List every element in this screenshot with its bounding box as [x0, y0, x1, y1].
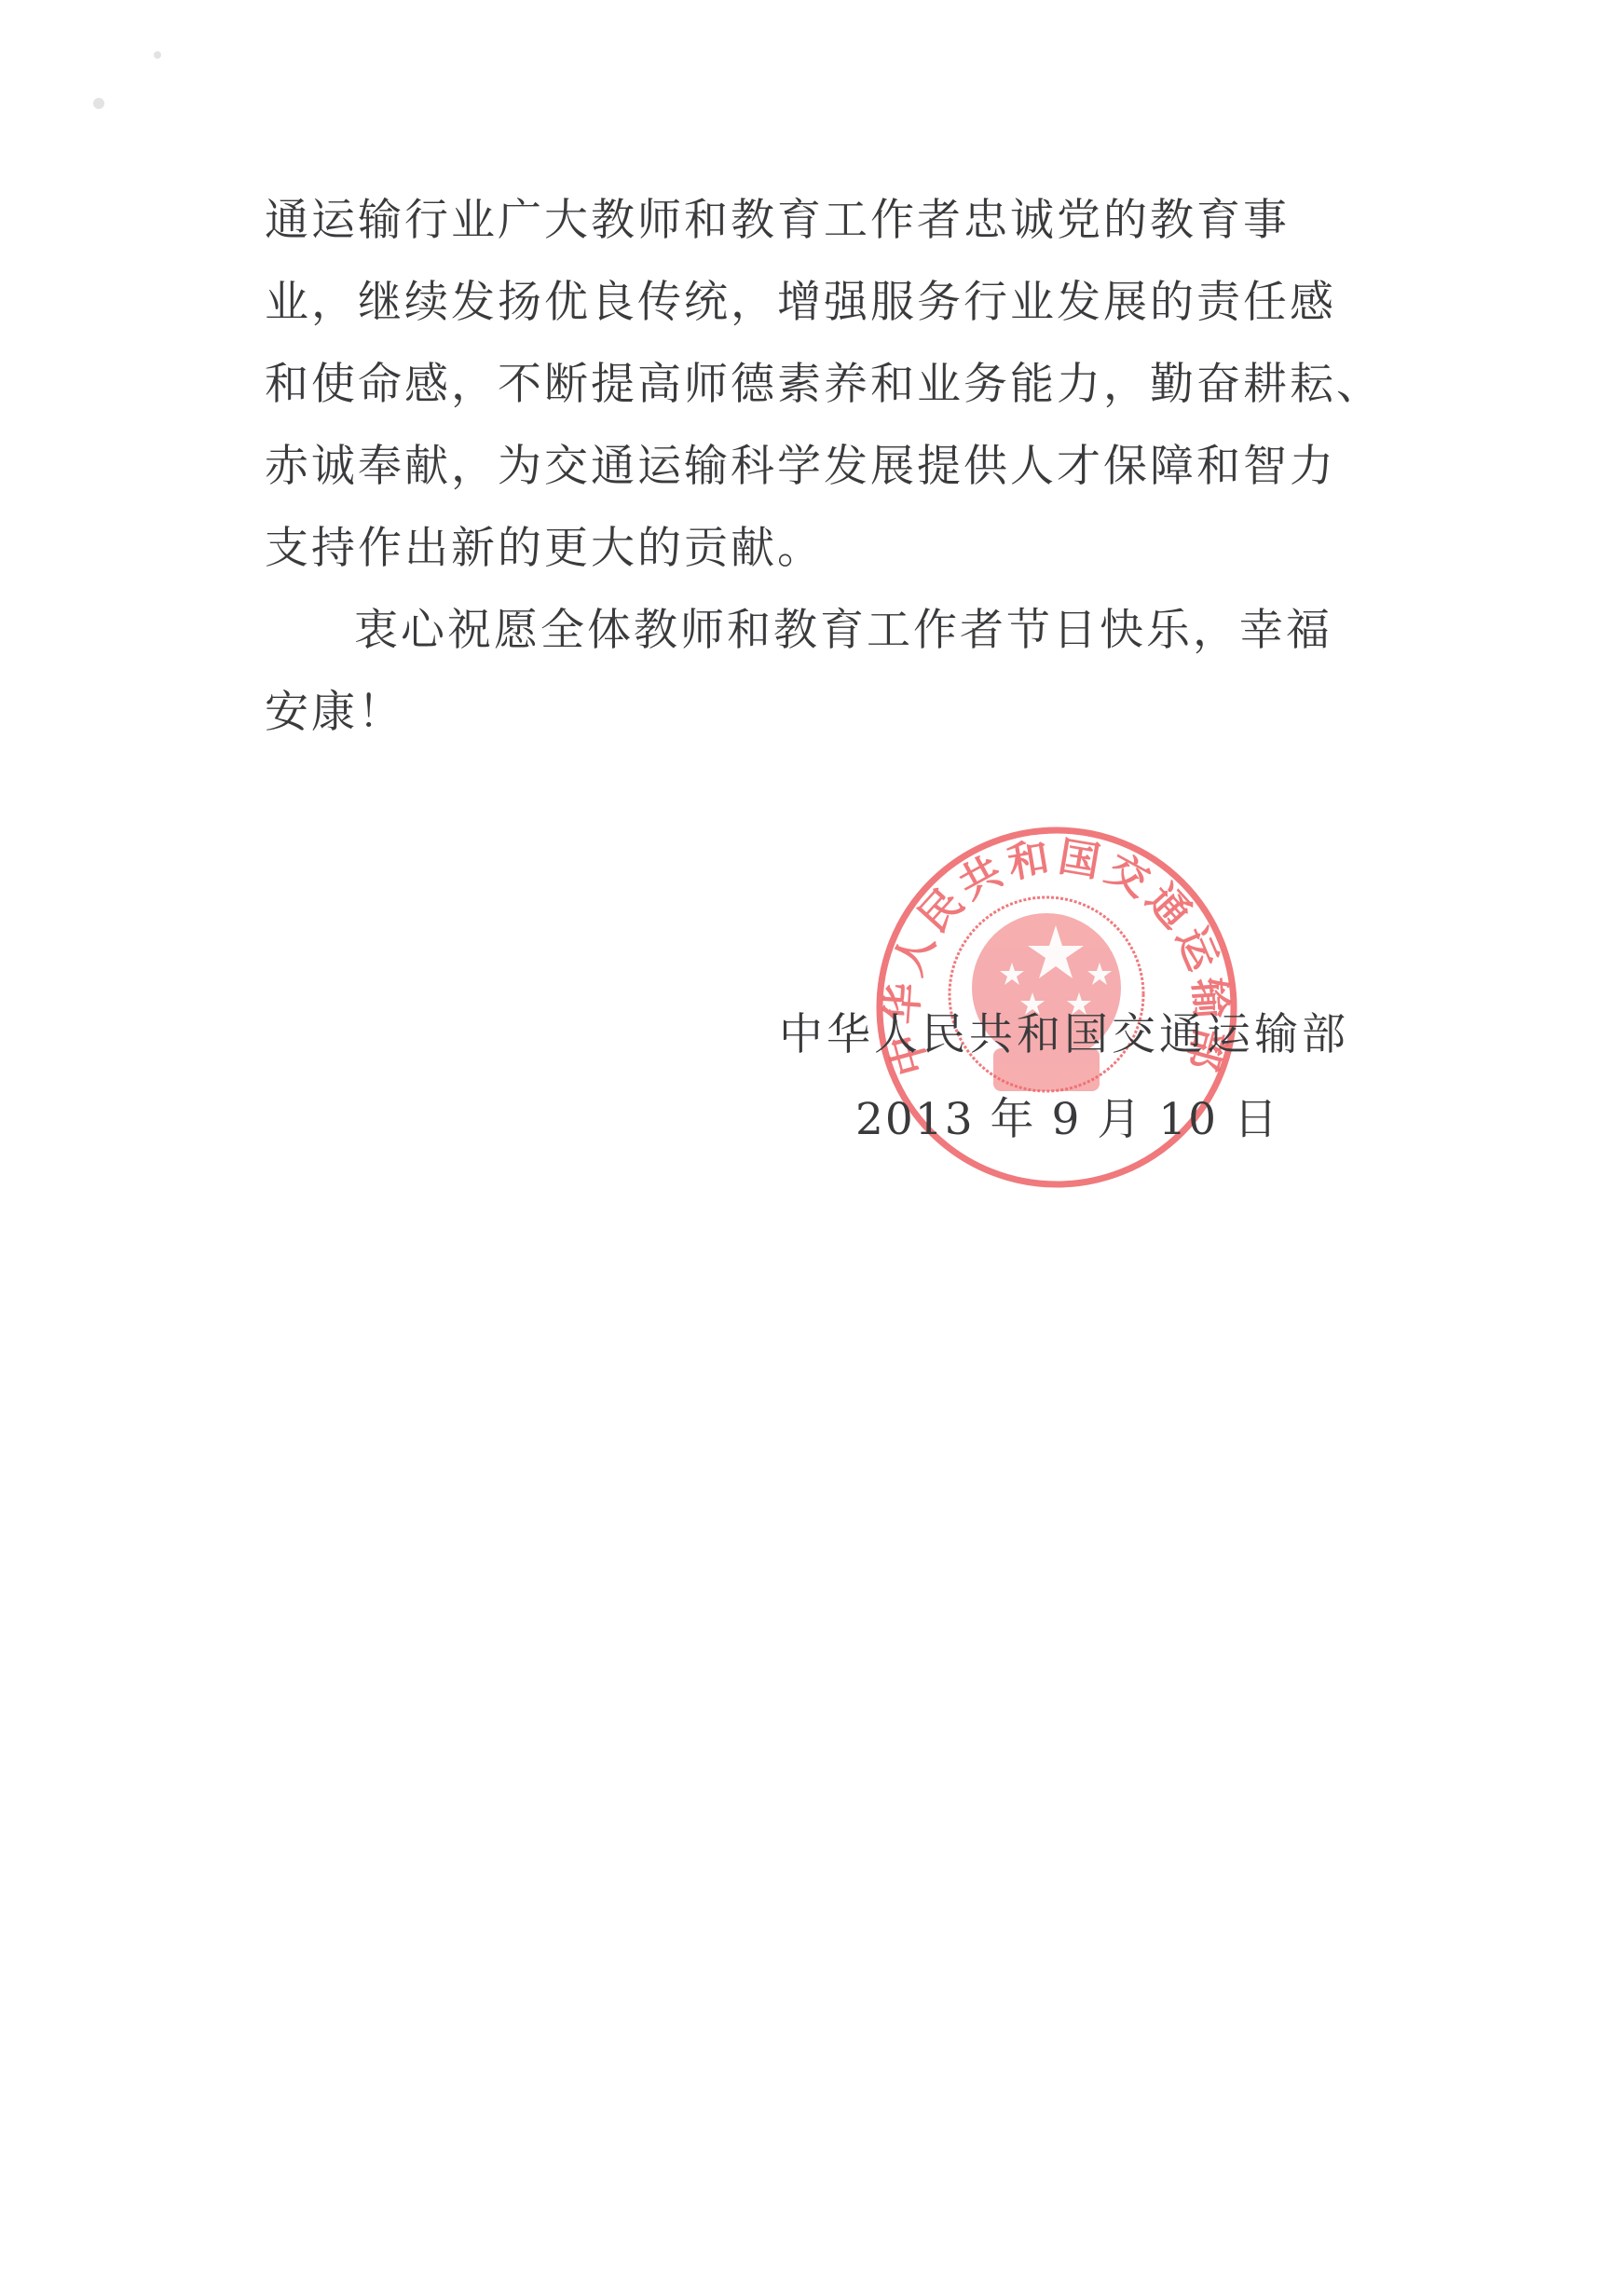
body-line: 通运输行业广大教师和教育工作者忠诚党的教育事 — [265, 186, 1346, 268]
greeting-line: 安康！ — [265, 678, 1346, 760]
signature-organization: 中华人民共和国交通运输部 — [779, 1004, 1342, 1066]
body-line: 和使命感，不断提高师德素养和业务能力，勤奋耕耘、 — [265, 350, 1346, 432]
greeting-line: 衷心祝愿全体教师和教育工作者节日快乐，幸福 — [265, 596, 1346, 678]
scan-speck — [93, 98, 104, 109]
body-line: 业，继续发扬优良传统，增强服务行业发展的责任感 — [265, 268, 1346, 350]
letter-body: 通运输行业广大教师和教育工作者忠诚党的教育事 业，继续发扬优良传统，增强服务行业… — [265, 186, 1346, 760]
signature-date: 2013 年 9 月 10 日 — [855, 1092, 1279, 1148]
scan-speck — [154, 51, 161, 59]
body-line: 支持作出新的更大的贡献。 — [265, 514, 1346, 596]
body-line: 赤诚奉献，为交通运输科学发展提供人才保障和智力 — [265, 432, 1346, 514]
